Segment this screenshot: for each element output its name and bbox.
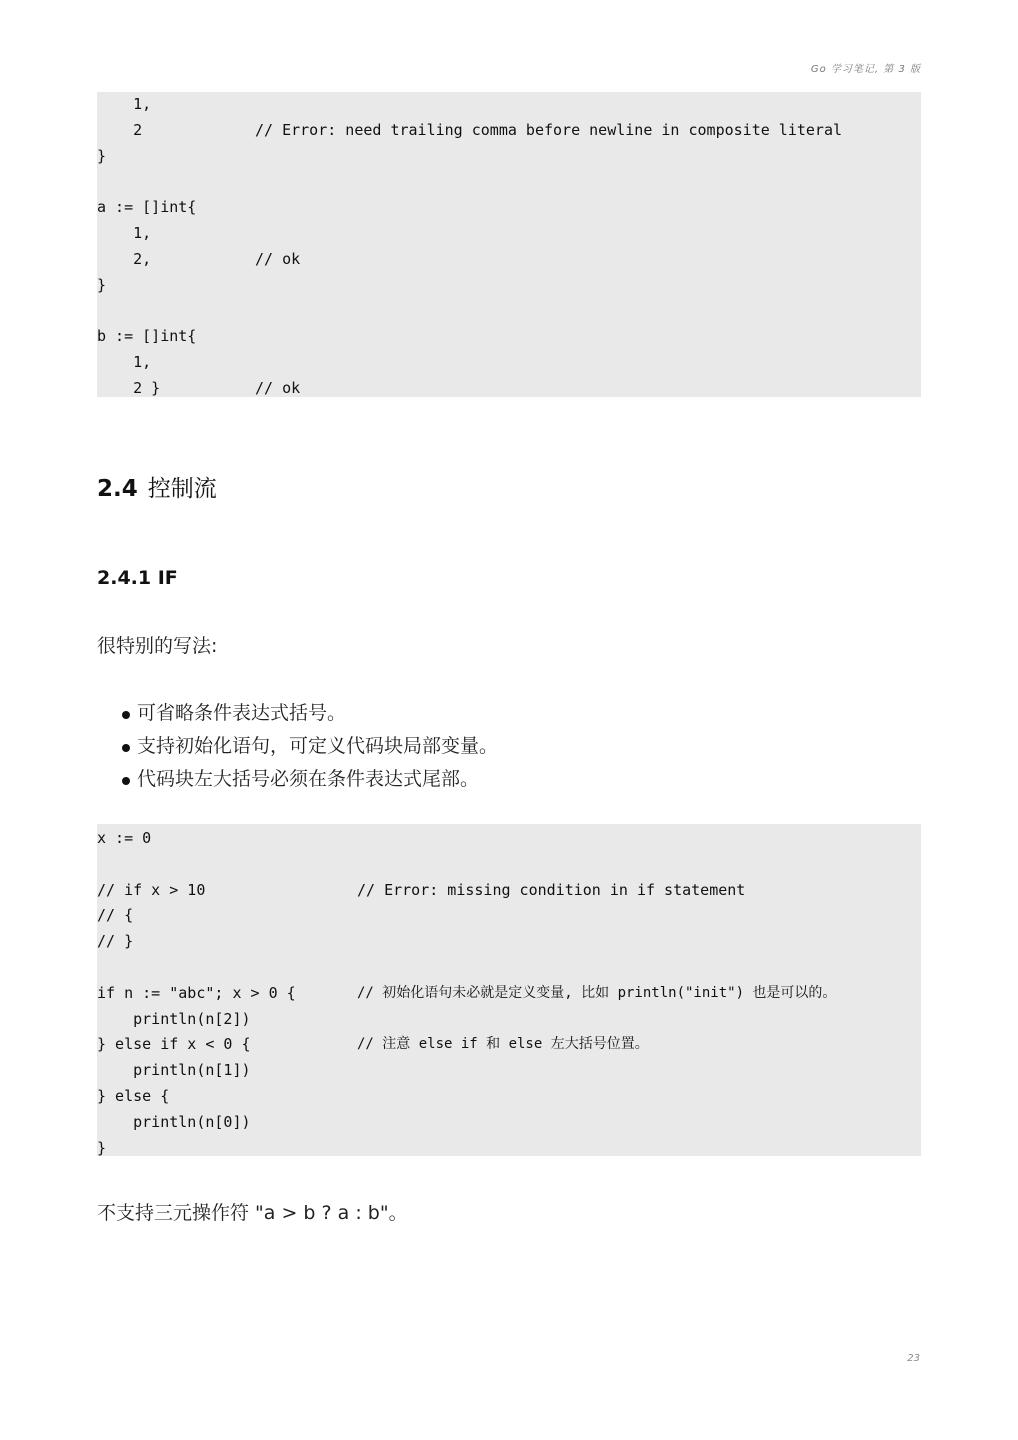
list-item: 代码块左大括号必须在条件表达式尾部。 bbox=[122, 763, 498, 796]
code-block-trailing-comma: 1, 2// Error: need trailing comma before… bbox=[97, 92, 921, 397]
code-comment: // ok bbox=[255, 247, 300, 273]
list-item: 支持初始化语句，可定义代码块局部变量。 bbox=[122, 730, 498, 763]
code-line: 2,// ok bbox=[97, 247, 921, 273]
code-comment: // 注意 else if 和 else 左大括号位置。 bbox=[357, 1032, 649, 1058]
code-line: 1, bbox=[97, 221, 921, 247]
code-comment: // 初始化语句未必就是定义变量, 比如 println("init") 也是可… bbox=[357, 981, 836, 1007]
intro-paragraph: 很特别的写法: bbox=[97, 631, 217, 658]
code-line: b := []int{ bbox=[97, 324, 921, 350]
code-line: 2// Error: need trailing comma before ne… bbox=[97, 118, 921, 144]
code-block-if-example: x := 0 // if x > 10// Error: missing con… bbox=[97, 824, 921, 1156]
bullet-icon bbox=[122, 711, 130, 719]
bullet-icon bbox=[122, 777, 130, 785]
code-line: // } bbox=[97, 929, 921, 955]
code-line: // { bbox=[97, 903, 921, 929]
code-comment: // Error: need trailing comma before new… bbox=[255, 118, 842, 144]
code-line: } else if x < 0 {// 注意 else if 和 else 左大… bbox=[97, 1032, 921, 1058]
section-title: 控制流 bbox=[148, 476, 217, 502]
code-line bbox=[97, 298, 921, 324]
section-number: 2.4 bbox=[97, 476, 138, 502]
code-line: } bbox=[97, 273, 921, 299]
code-comment: // ok bbox=[255, 376, 300, 402]
list-item: 可省略条件表达式括号。 bbox=[122, 697, 498, 730]
feature-list: 可省略条件表达式括号。 支持初始化语句，可定义代码块局部变量。 代码块左大括号必… bbox=[122, 697, 498, 796]
code-line bbox=[97, 169, 921, 195]
code-line: 1, bbox=[97, 350, 921, 376]
running-header: Go 学习笔记, 第 3 版 bbox=[811, 60, 921, 75]
code-comment: // Error: missing condition in if statem… bbox=[357, 878, 745, 904]
subsection-heading: 2.4.1 IF bbox=[97, 567, 178, 589]
code-line bbox=[97, 852, 921, 878]
code-line: } else { bbox=[97, 1084, 921, 1110]
code-line: } bbox=[97, 144, 921, 170]
code-line: 2 }// ok bbox=[97, 376, 921, 402]
code-line: println(n[0]) bbox=[97, 1110, 921, 1136]
page-number: 23 bbox=[907, 1353, 920, 1364]
section-heading: 2.4控制流 bbox=[97, 470, 217, 503]
code-line: println(n[1]) bbox=[97, 1058, 921, 1084]
code-line: } bbox=[97, 1136, 921, 1162]
code-line: a := []int{ bbox=[97, 195, 921, 221]
code-line: 1, bbox=[97, 92, 921, 118]
code-line: x := 0 bbox=[97, 826, 921, 852]
code-line bbox=[97, 955, 921, 981]
code-line: println(n[2]) bbox=[97, 1007, 921, 1033]
code-line: // if x > 10// Error: missing condition … bbox=[97, 878, 921, 904]
code-line: if n := "abc"; x > 0 {// 初始化语句未必就是定义变量, … bbox=[97, 981, 921, 1007]
bullet-icon bbox=[122, 744, 130, 752]
ternary-note: 不支持三元操作符 "a > b ? a : b"。 bbox=[97, 1198, 408, 1225]
